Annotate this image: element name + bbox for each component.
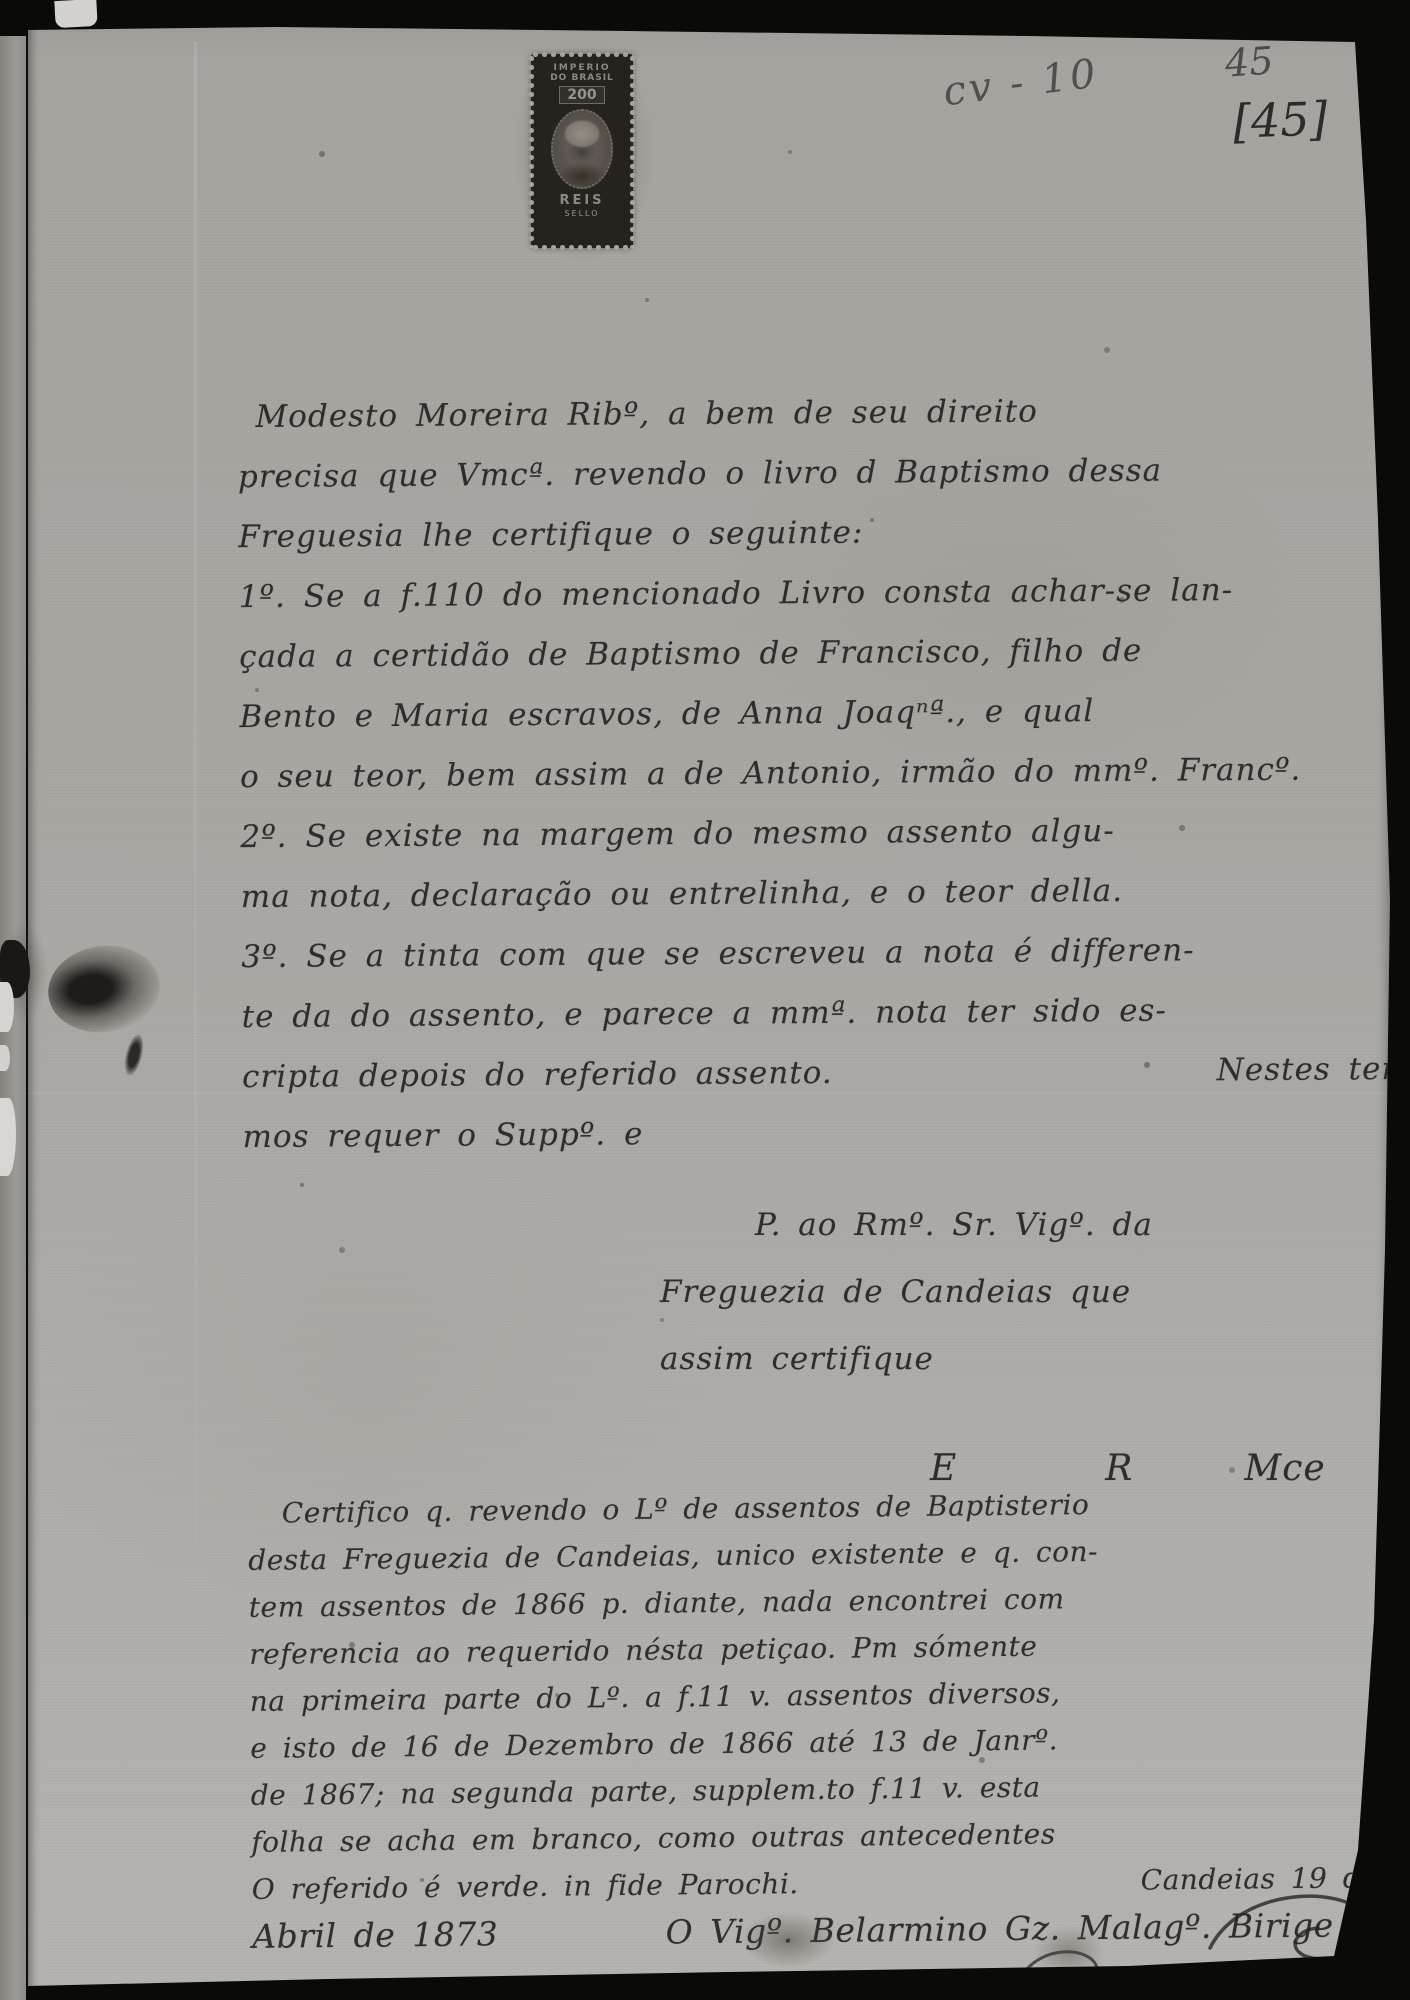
stamp-perforation-bottom	[531, 245, 633, 250]
handwritten-line: Bento e Maria escravos, de Anna Joaqⁿª.,…	[239, 679, 1406, 747]
ink-smudge	[1033, 1925, 1105, 1979]
folio-number-ink: [45]	[1232, 91, 1328, 148]
paper-tear	[0, 1045, 10, 1071]
stamp-country-line1: IMPERIO	[554, 63, 611, 73]
archival-code-pencil: cv - 10	[941, 51, 1101, 116]
petition-text: Modesto Moreira Ribº, a bem de seu direi…	[237, 379, 1409, 1167]
handwritten-line: precisa que Vmcª. revendo o livro d Bapt…	[238, 439, 1405, 507]
handwritten-line: çada a certidão de Baptismo de Francisco…	[239, 619, 1406, 687]
handwritten-line: ma nota, declaração ou entrelinha, e o t…	[241, 859, 1408, 927]
ink-smudge	[740, 1912, 836, 1968]
handwritten-line: P. ao Rmº. Sr. Vigº. da	[660, 1192, 1153, 1259]
stamp-value: 200	[559, 86, 604, 104]
handwritten-line: Freguezia de Candeias que	[660, 1259, 1153, 1326]
stamp-country-line2: DO BRASIL	[550, 73, 614, 83]
document-scan: IMPERIO DO BRASIL 200 REIS SELLO cv - 10…	[0, 0, 1410, 2000]
stamp-currency: REIS	[559, 193, 604, 208]
stamp-sello-label: SELLO	[564, 209, 599, 218]
handwritten-line: cripta depois do referido assento. Neste…	[242, 1039, 1409, 1107]
handwritten-line: 1º. Se a f.110 do mencionado Livro const…	[239, 559, 1406, 627]
handwritten-line: assim certifique	[660, 1326, 1153, 1393]
handwritten-line: Modesto Moreira Ribº, a bem de seu direi…	[237, 379, 1404, 447]
foxing-specks	[28, 0, 32, 4]
emperor-portrait	[551, 109, 613, 189]
handwritten-line: te da do assento, e parece a mmª. nota t…	[241, 979, 1408, 1047]
signature-flourish	[1200, 1878, 1390, 1978]
ink-blot	[43, 939, 166, 1040]
paper-tear	[0, 982, 14, 1032]
handwritten-line: mos requer o Suppº. e	[242, 1099, 1409, 1167]
handwritten-line: Freguesia lhe certifique o seguinte:	[238, 499, 1405, 567]
handwritten-line: 2º. Se existe na margem do mesmo assento…	[240, 799, 1407, 867]
folio-number-pencil: 45	[1224, 38, 1275, 85]
petition-closing: P. ao Rmº. Sr. Vigº. daFreguezia de Cand…	[660, 1192, 1153, 1393]
document-page: IMPERIO DO BRASIL 200 REIS SELLO cv - 10…	[28, 0, 1390, 2000]
ink-streak	[121, 1033, 147, 1078]
handwritten-line: o seu teor, bem assim a de Antonio, irmã…	[240, 739, 1407, 807]
handwritten-line: 3º. Se a tinta com que se escreveu a not…	[241, 919, 1408, 987]
stamp-perforation-top	[531, 52, 633, 57]
binding-tab	[54, 0, 97, 28]
revenue-stamp: IMPERIO DO BRASIL 200 REIS SELLO	[531, 54, 633, 248]
paper-crease-vertical	[194, 42, 197, 1542]
